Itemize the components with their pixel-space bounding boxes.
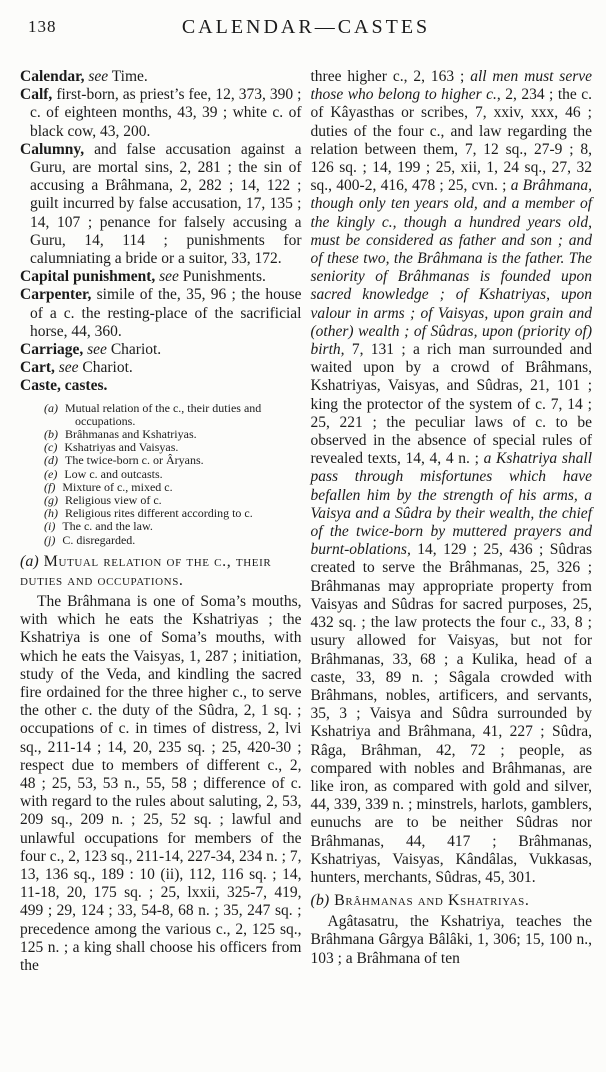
paragraph-continuation: three higher c., 2, 163 ; all men must s… (311, 68, 593, 887)
caste-subentry: (j)C. disregarded. (20, 534, 302, 547)
caste-subentry: (a)Mutual relation of the c., their duti… (20, 402, 302, 428)
subentry-text: Brâhmanas and Kshatriyas. (65, 427, 197, 441)
subentry-text: Low c. and outcasts. (64, 467, 162, 481)
left-column: Calendar, see Time. Calf, first-born, as… (20, 68, 302, 975)
paragraph-mutual-relation: The Brâhmana is one of Soma’s mouths, wi… (20, 593, 302, 975)
subentry-label: (j) (44, 533, 55, 547)
page-number: 138 (28, 17, 57, 37)
book-page: 138 CALENDAR—CASTES Calendar, see Time. … (0, 0, 606, 1072)
page-header: 138 CALENDAR—CASTES (20, 14, 592, 50)
subentry-label: (h) (44, 506, 58, 520)
caste-subentry-list: (a)Mutual relation of the c., their duti… (20, 402, 302, 547)
subentry-label: (c) (44, 440, 57, 454)
subentry-text: Mutual relation of the c., their duties … (65, 401, 261, 428)
section-heading-b: (b)Brâhmanas and Kshatriyas. (311, 891, 593, 910)
subentry-label: (b) (44, 427, 58, 441)
entry-calf: Calf, first-born, as priest’s fee, 12, 3… (20, 86, 302, 141)
entry-capital-punishment: Capital punishment, see Punishments. (20, 268, 302, 286)
subentry-label: (d) (44, 453, 58, 467)
subentry-text: The c. and the law. (62, 519, 153, 533)
paragraph-brahmanas-kshatriyas: Agâtasatru, the Kshatriya, teaches the B… (311, 913, 593, 968)
page-title: CALENDAR—CASTES (20, 14, 592, 39)
subentry-text: C. disregarded. (62, 533, 135, 547)
section-heading-a: (a)Mutual relation of the c., their duti… (20, 552, 302, 590)
subentry-text: The twice-born c. or Âryans. (65, 453, 204, 467)
subentry-label: (i) (44, 519, 55, 533)
subentry-label: (a) (44, 401, 58, 415)
subentry-text: Religious rites different according to c… (65, 506, 253, 520)
subentry-text: Religious view of c. (65, 493, 162, 507)
subentry-text: Mixture of c., mixed c. (62, 480, 172, 494)
subentry-label: (g) (44, 493, 58, 507)
entry-calumny: Calumny, and false accusation against a … (20, 141, 302, 268)
entry-cart: Cart, see Chariot. (20, 359, 302, 377)
text-columns: Calendar, see Time. Calf, first-born, as… (20, 68, 592, 975)
entry-carpenter: Carpenter, simile of the, 35, 96 ; the h… (20, 286, 302, 341)
right-column: three higher c., 2, 163 ; all men must s… (311, 68, 593, 975)
subentry-text: Kshatriyas and Vaisyas. (64, 440, 178, 454)
subentry-label: (e) (44, 467, 57, 481)
entry-caste: Caste, castes. (20, 377, 302, 395)
subentry-label: (f) (44, 480, 55, 494)
entry-carriage: Carriage, see Chariot. (20, 341, 302, 359)
entry-calendar: Calendar, see Time. (20, 68, 302, 86)
